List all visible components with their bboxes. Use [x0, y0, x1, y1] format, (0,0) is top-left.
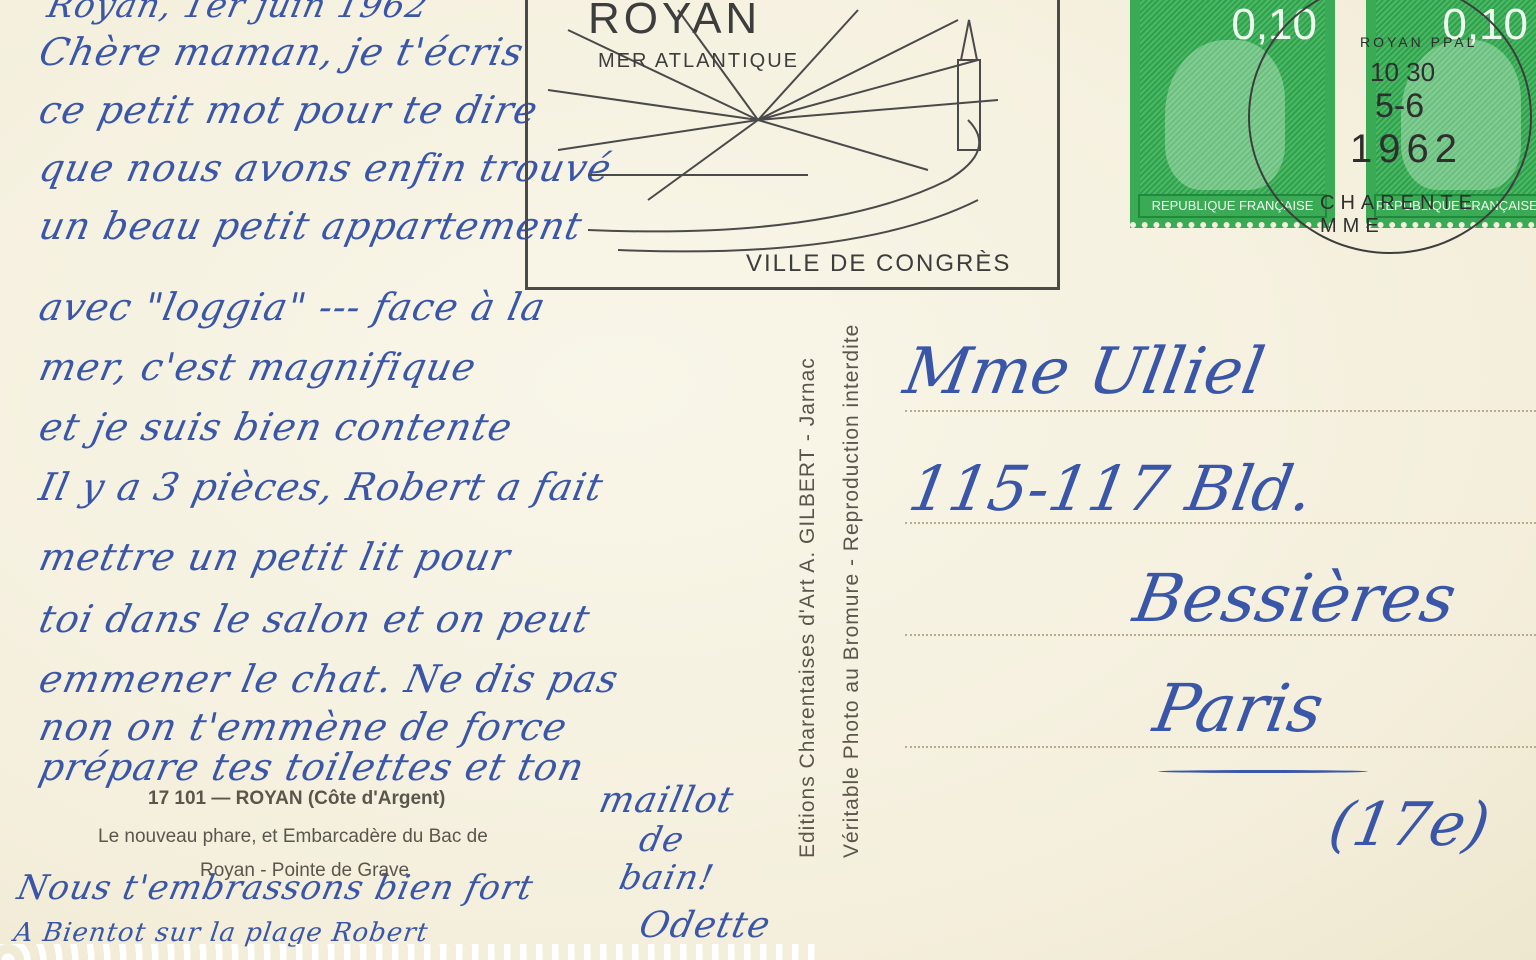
message-line: prépare tes toilettes et ton [35, 745, 588, 789]
address-guide-line [905, 410, 1536, 412]
message-line: ce petit mot pour te dire [35, 88, 542, 132]
message-line: et je suis bien contente [35, 405, 516, 449]
round-postmark-bottom: CHARENTE MME [1320, 192, 1530, 238]
caption-subtitle: Le nouveau phare, et Embarcadère du Bac … [98, 826, 488, 848]
city-underline [1158, 770, 1368, 773]
round-postmark-time: 10 30 [1370, 57, 1435, 88]
postmark-subtitle: MER ATLANTIQUE [598, 50, 799, 73]
deckle-edge [0, 944, 820, 960]
message-line: emmener le chat. Ne dis pas [35, 657, 623, 701]
postmark-city: ROYAN [588, 0, 761, 44]
message-line: non on t'emmène de force [35, 705, 571, 749]
recipient-name: Mme Ulliel [898, 335, 1269, 409]
round-postmark-top: ROYAN PPAL [1360, 34, 1477, 50]
signature: Odette [636, 905, 775, 946]
message-line: avec "loggia" --- face à la [35, 285, 550, 329]
message-line: mer, c'est magnifique [35, 345, 480, 389]
slogan-cancel: ROYAN MER ATLANTIQUE VILLE DE CONGRÈS [525, 0, 1060, 290]
message-top-fragment: Royan, 1er juin 1962 [44, 0, 433, 26]
publisher-line-1: Editions Charentaises d'Art A. GILBERT -… [796, 357, 820, 858]
postcard-back: Royan, 1er juin 1962 Chère maman, je t'é… [0, 0, 1536, 960]
message-continuation: de [636, 820, 688, 860]
round-postmark-year: 1962 [1350, 127, 1463, 172]
message-continuation: bain! [616, 858, 718, 898]
recipient-city: Paris [1148, 670, 1329, 747]
message-line: un beau petit appartement [35, 204, 586, 248]
message-continuation: maillot [596, 780, 738, 821]
message-line: Il y a 3 pièces, Robert a fait [35, 465, 607, 509]
postmark-slogan: VILLE DE CONGRÈS [746, 250, 1011, 278]
round-postmark-date: 5-6 [1375, 87, 1424, 126]
recipient-street: 115-117 Bld. [904, 452, 1319, 525]
message-line: Chère maman, je t'écris [35, 30, 528, 74]
publisher-line-2: Véritable Photo au Bromure - Reproductio… [840, 324, 864, 858]
message-line: toi dans le salon et on peut [35, 597, 594, 641]
recipient-district: (17e) [1324, 790, 1495, 860]
caption-location: Royan - Pointe de Grave [200, 860, 409, 882]
message-line: mettre un petit lit pour [35, 535, 514, 579]
caption-title: 17 101 — ROYAN (Côte d'Argent) [148, 788, 445, 810]
recipient-street-name: Bessières [1128, 560, 1462, 637]
